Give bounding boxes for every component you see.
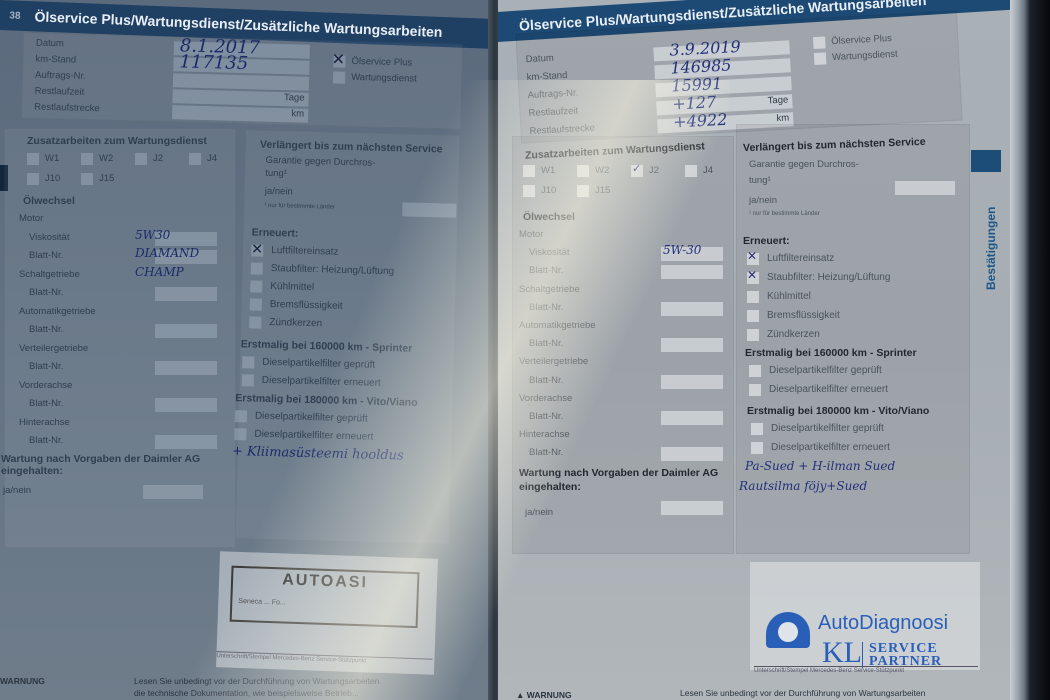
right-daimler-title2: eingehalten: <box>519 481 581 493</box>
checklist-checkbox[interactable] <box>234 428 246 440</box>
stamp-name: AUTOASI <box>233 570 418 594</box>
right-daimler-label: ja/nein <box>525 507 553 518</box>
service-type-label: Ölservice Plus <box>831 33 892 47</box>
checklist-label: Bremsflüssigkeit <box>270 299 343 312</box>
left-header-box: Datum8.1.2017km-Stand117135Auftrags-Nr.R… <box>21 32 463 129</box>
cross-mark-icon: ✕ <box>747 268 757 282</box>
oil-row-field[interactable] <box>661 302 723 316</box>
oil-row-label: Blatt-Nr. <box>29 361 63 372</box>
right-zusatz-title: Zusatzarbeiten zum Wartungsdienst <box>525 140 705 161</box>
left-stamp-area: AUTOASI Seneca ... Fo... Unterschrift/St… <box>216 551 438 675</box>
service-booklet-spread: 38 Ölservice Plus/Wartungsdienst/Zusätzl… <box>0 0 1050 700</box>
checklist-checkbox[interactable] <box>250 298 262 310</box>
right-footnote: ¹ nur für bestimmte Länder <box>749 211 820 217</box>
field-label: Datum <box>526 53 555 65</box>
oil-row-label: Blatt-Nr. <box>529 447 563 458</box>
checklist-checkbox[interactable] <box>751 442 763 454</box>
oil-row-field[interactable] <box>155 398 217 412</box>
zusatz-label: J4 <box>703 165 713 176</box>
oil-row-label: Schaltgetriebe <box>19 269 80 280</box>
left-warning-text-2: die technische Dokumentation, wie beispi… <box>134 688 359 698</box>
left-signature-caption: Unterschrift/Stempel Mercedes-Benz Servi… <box>216 651 432 667</box>
cross-mark-icon: ✕ <box>331 49 345 69</box>
right-signature-caption: Unterschrift/Stempel Mercedes-Benz Servi… <box>754 666 978 674</box>
right-daimler-field[interactable] <box>661 501 723 515</box>
right-warning: ▲ WARNUNG <box>516 690 572 700</box>
left-daimler-label: ja/nein <box>3 485 31 496</box>
oil-row-label: Automatikgetriebe <box>19 306 96 317</box>
checklist-checkbox[interactable] <box>250 280 262 292</box>
section-tab-label: Bestätigungen <box>984 207 998 290</box>
checklist-label: Dieselpartikelfilter geprüft <box>255 411 368 425</box>
zusatz-label: J2 <box>649 165 659 176</box>
oil-row-field[interactable] <box>155 435 217 449</box>
service-type-label: Ölservice Plus <box>351 56 412 69</box>
field-unit: km <box>291 108 304 119</box>
zusatz-checkbox[interactable] <box>577 185 589 197</box>
autodiagnoosi-brand: AutoDiagnoosi <box>818 612 948 635</box>
oil-row-field[interactable] <box>661 447 723 461</box>
zusatz-label: J4 <box>207 153 217 164</box>
oil-row-value: CHAMP <box>135 265 184 279</box>
checklist-label: Dieselpartikelfilter geprüft <box>771 423 884 434</box>
service-type-label: Wartungsdienst <box>351 72 417 85</box>
right-garantie-line1: Garantie gegen Durchros- <box>749 159 859 170</box>
right-garantie-janein: ja/nein <box>749 195 777 206</box>
autoasi-stamp: AUTOASI Seneca ... Fo... <box>230 566 420 629</box>
oil-row-field[interactable] <box>155 361 217 375</box>
right-oil-box: Zusatzarbeiten zum Wartungsdienst W1W2✓J… <box>512 136 734 554</box>
zusatz-checkbox[interactable] <box>81 153 93 165</box>
left-sprinter-title: Erstmalig bei 160000 km - Sprinter <box>241 338 413 354</box>
zusatz-checkbox[interactable] <box>27 173 39 185</box>
checklist-label: Dieselpartikelfilter geprüft <box>262 357 375 371</box>
right-vito-title: Erstmalig bei 180000 km - Vito/Viano <box>747 405 929 417</box>
oil-row-field[interactable] <box>661 375 723 389</box>
service-type-label: Wartungsdienst <box>832 49 898 63</box>
zusatz-checkbox[interactable] <box>27 153 39 165</box>
checklist-label: Dieselpartikelfilter erneuert <box>262 375 381 389</box>
right-page: Ölservice Plus/Wartungsdienst/Zusätzlich… <box>498 0 1013 700</box>
section-tab[interactable]: Bestätigungen <box>968 150 1008 300</box>
left-vito-title: Erstmalig bei 180000 km - Vito/Viano <box>235 392 418 409</box>
right-warning-label: WARNUNG <box>527 690 572 700</box>
oil-row-label: Vorderachse <box>519 393 572 404</box>
left-daimler-title: Wartung nach Vorgaben der Daimler AG ein… <box>1 453 231 477</box>
zusatz-label: W2 <box>99 153 113 164</box>
oil-row-field[interactable] <box>661 338 723 352</box>
field-unit: Tage <box>284 92 305 104</box>
warning-triangle-icon: ▲ <box>516 690 527 700</box>
oil-row-label: Blatt-Nr. <box>529 265 563 276</box>
checklist-checkbox[interactable] <box>747 310 759 322</box>
oil-row-value: 5W-30 <box>663 243 701 257</box>
field-label: Restlaufstrecke <box>529 123 595 137</box>
zusatz-label: J15 <box>99 173 114 184</box>
checklist-checkbox[interactable]: ✕ <box>747 253 759 265</box>
field-label: Restlaufstrecke <box>34 102 100 115</box>
field-label: km-Stand <box>526 70 567 83</box>
checklist-label: Bremsflüssigkeit <box>767 310 840 321</box>
left-garantie-line2: tung¹ <box>265 168 287 180</box>
checklist-checkbox[interactable] <box>249 316 261 328</box>
oil-row-label: Schaltgetriebe <box>519 284 580 295</box>
zusatz-checkbox[interactable] <box>685 165 697 177</box>
right-garantie-line2: tung¹ <box>749 175 771 186</box>
oil-row-label: Verteilergetriebe <box>519 356 588 367</box>
checklist-checkbox[interactable] <box>751 423 763 435</box>
right-stamp-area: AutoDiagnoosi KL SERVICE PARTNER Untersc… <box>750 562 980 670</box>
field-unit: Tage <box>767 94 788 106</box>
left-erneuert-title: Erneuert: <box>252 226 299 239</box>
left-footnote: ¹ nur für bestimmte Länder <box>264 203 335 211</box>
checklist-label: Kühlmittel <box>767 291 811 302</box>
oil-row-label: Blatt-Nr. <box>29 250 63 261</box>
checklist-checkbox[interactable] <box>747 329 759 341</box>
oil-row-label: Viskosität <box>529 247 569 258</box>
right-oelwechsel-title: Ölwechsel <box>523 211 575 223</box>
zusatz-label: J2 <box>153 153 163 164</box>
left-handwritten-note: + Kliimasüsteemi hooldus <box>232 444 404 463</box>
form-field[interactable]: Tage <box>172 89 308 107</box>
oil-row-value: DIAMAND <box>135 246 199 260</box>
oil-row-label: Automatikgetriebe <box>519 320 596 331</box>
zusatz-label: W1 <box>45 153 59 164</box>
oil-row-field[interactable] <box>661 411 723 425</box>
checklist-checkbox[interactable] <box>242 356 254 368</box>
left-verlaengert-title: Verlängert bis zum nächsten Service <box>260 139 443 156</box>
oil-row-label: Blatt-Nr. <box>529 411 563 422</box>
autodiagnoosi-logo-icon <box>766 612 810 648</box>
left-oelwechsel-title: Ölwechsel <box>23 195 75 207</box>
form-field[interactable]: km <box>172 105 308 123</box>
right-erneuert-title: Erneuert: <box>743 235 790 247</box>
zusatz-checkbox[interactable] <box>523 185 535 197</box>
oil-row-label: Blatt-Nr. <box>29 398 63 409</box>
zusatz-checkbox[interactable] <box>81 173 93 185</box>
left-daimler-field[interactable] <box>143 485 203 499</box>
checklist-label: Dieselpartikelfilter erneuert <box>254 429 373 443</box>
field-label: Auftrags-Nr. <box>35 70 86 82</box>
oil-row-label: Blatt-Nr. <box>529 338 563 349</box>
oil-row-label: Verteilergetriebe <box>19 343 88 354</box>
handwritten-value: +4922 <box>673 110 728 132</box>
check-mark-icon: ✓ <box>632 162 641 175</box>
zusatz-checkbox[interactable] <box>189 153 201 165</box>
oil-row-value: 5W30 <box>135 228 170 242</box>
oil-row-label: Hinterachse <box>519 429 570 440</box>
zusatz-checkbox[interactable]: ✓ <box>631 165 643 177</box>
left-garantie-field[interactable] <box>402 202 456 217</box>
right-sprinter-title: Erstmalig bei 160000 km - Sprinter <box>745 347 917 359</box>
right-handwritten-note-2: Rautsilma föjy+Sued <box>739 479 867 493</box>
checklist-checkbox[interactable] <box>242 374 254 386</box>
page-number: 38 <box>9 10 21 21</box>
zusatz-label: W1 <box>541 165 555 176</box>
oil-row-label: Blatt-Nr. <box>29 287 63 298</box>
left-renewal-box: Verlängert bis zum nächsten Service Gara… <box>235 129 461 544</box>
oil-row-label: Hinterachse <box>19 417 70 428</box>
oil-row-label: Blatt-Nr. <box>529 375 563 386</box>
field-label: km-Stand <box>35 54 76 66</box>
oil-row-label: Motor <box>519 229 543 240</box>
field-label: Restlaufzeit <box>528 105 578 119</box>
checklist-checkbox[interactable] <box>235 410 247 422</box>
zusatz-label: W2 <box>595 165 609 176</box>
service-partner: SERVICE PARTNER <box>862 642 942 668</box>
checklist-checkbox[interactable] <box>251 262 263 274</box>
left-oil-box: Zusatzarbeiten zum Wartungsdienst W1W2J2… <box>4 128 236 548</box>
right-renewal-box: Verlängert bis zum nächsten Service Gara… <box>736 124 970 554</box>
left-garantie-janein: ja/nein <box>265 186 293 198</box>
zusatz-label: J10 <box>541 185 556 196</box>
checklist-label: Kühlmittel <box>270 281 314 293</box>
left-warning-label: WARNUNG <box>0 676 45 686</box>
checklist-label: Staubfilter: Heizung/Lüftung <box>271 263 395 277</box>
oil-row-label: Blatt-Nr. <box>29 435 63 446</box>
right-garantie-field[interactable] <box>895 181 955 195</box>
stamp-address: Seneca ... Fo... <box>238 598 286 607</box>
right-warning-text: Lesen Sie unbedingt vor der Durchführung… <box>680 688 925 698</box>
form-field[interactable] <box>173 73 309 91</box>
checklist-label: Dieselpartikelfilter erneuert <box>769 384 888 395</box>
service-type-checkbox[interactable] <box>814 52 827 65</box>
left-garantie-line1: Garantie gegen Durchros- <box>265 155 375 169</box>
service-type-checkbox[interactable]: ✕ <box>333 55 345 67</box>
field-unit: km <box>776 112 789 124</box>
cross-mark-icon: ✕ <box>251 240 263 257</box>
checklist-label: Zündkerzen <box>269 317 322 329</box>
checklist-label: Luftfiltereinsatz <box>271 245 339 258</box>
service-type-checkbox[interactable] <box>333 71 345 83</box>
checklist-label: Zündkerzen <box>767 329 820 340</box>
left-page: 38 Ölservice Plus/Wartungsdienst/Zusätzl… <box>0 0 492 700</box>
checklist-checkbox[interactable] <box>749 365 761 377</box>
checklist-label: Luftfiltereinsatz <box>767 253 834 264</box>
checklist-checkbox[interactable]: ✕ <box>251 244 263 256</box>
right-handwritten-note-1: Pa-Sued + H-ilman Sued <box>745 459 895 473</box>
oil-row-label: Vorderachse <box>19 380 72 391</box>
kl-logo: KL <box>822 636 862 670</box>
cross-mark-icon: ✕ <box>747 249 757 263</box>
oil-row-field[interactable] <box>155 324 217 338</box>
checklist-checkbox[interactable]: ✕ <box>747 272 759 284</box>
left-zusatz-title: Zusatzarbeiten zum Wartungsdienst <box>27 135 207 147</box>
oil-row-label: Blatt-Nr. <box>529 302 563 313</box>
checklist-label: Staubfilter: Heizung/Lüftung <box>767 272 890 283</box>
handwritten-value: 117135 <box>179 51 248 74</box>
oil-row-label: Viskosität <box>29 232 69 243</box>
checklist-checkbox[interactable] <box>749 384 761 396</box>
checklist-checkbox[interactable] <box>747 291 759 303</box>
service-type-checkbox[interactable] <box>813 36 826 49</box>
left-warning-text-1: Lesen Sie unbedingt vor der Durchführung… <box>134 676 379 686</box>
zusatz-checkbox[interactable] <box>577 165 589 177</box>
field-label: Restlaufzeit <box>35 86 85 98</box>
zusatz-label: J15 <box>595 185 610 196</box>
right-verlaengert-title: Verlängert bis zum nächsten Service <box>743 136 926 154</box>
checklist-label: Dieselpartikelfilter erneuert <box>771 442 890 453</box>
field-label: Auftrags-Nr. <box>527 87 578 101</box>
oil-row-field[interactable] <box>155 287 217 301</box>
section-tab-marker <box>971 150 1001 172</box>
checklist-label: Dieselpartikelfilter geprüft <box>769 365 882 376</box>
zusatz-checkbox[interactable] <box>523 165 535 177</box>
oil-row-label: Motor <box>19 213 43 224</box>
field-label: Datum <box>36 38 64 50</box>
oil-row-field[interactable] <box>661 265 723 279</box>
page-edges <box>1010 0 1050 700</box>
right-daimler-title: Wartung nach Vorgaben der Daimler AG <box>519 467 718 479</box>
oil-row-label: Blatt-Nr. <box>29 324 63 335</box>
zusatz-label: J10 <box>45 173 60 184</box>
zusatz-checkbox[interactable] <box>135 153 147 165</box>
